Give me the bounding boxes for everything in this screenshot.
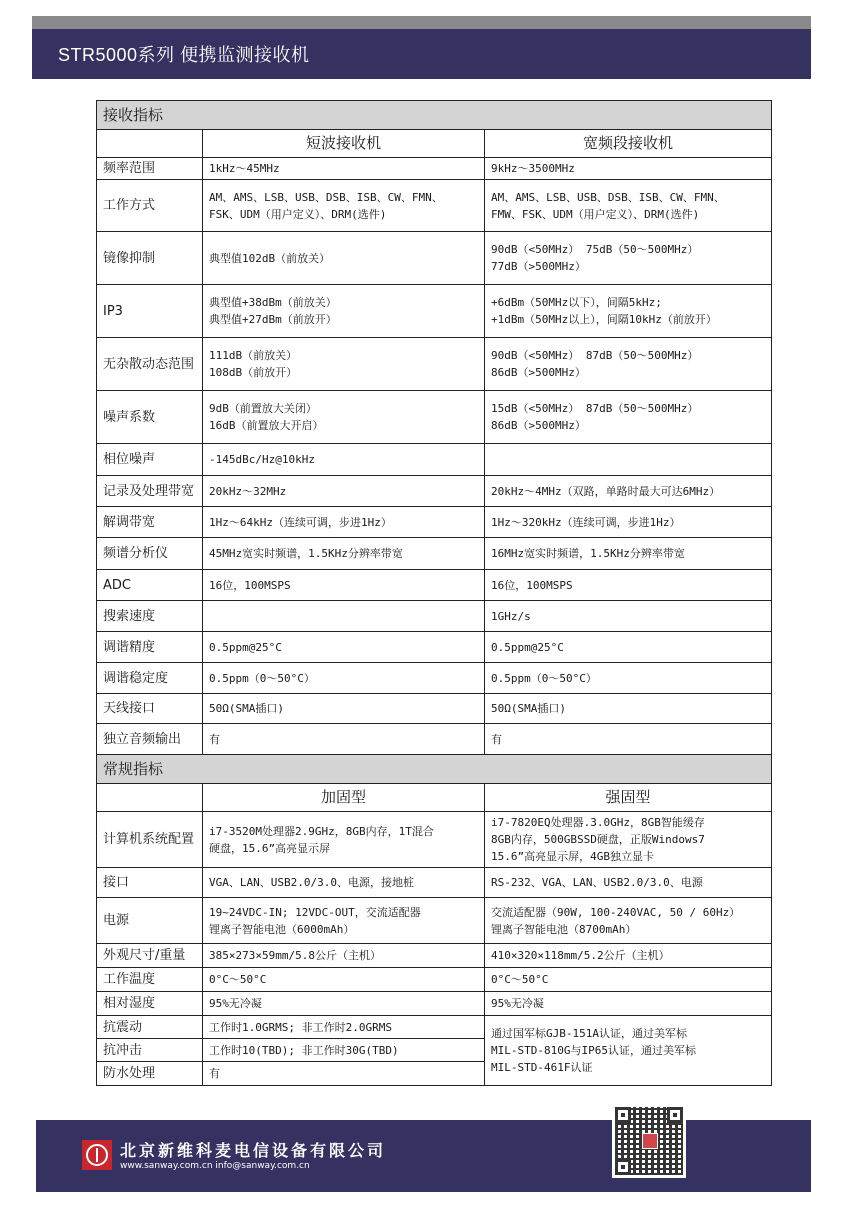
table-row: 工作方式AM、AMS、LSB、USB、DSB、ISB、CW、FMN、FSK、UD… <box>97 180 772 232</box>
spec-value-line: 1kHz～45MHz <box>209 160 478 177</box>
spec-label: 无杂散动态范围 <box>97 338 203 391</box>
spec-value-line: 工作时1.0GRMS; 非工作时2.0GRMS <box>209 1019 478 1036</box>
spec-value: 95%无冷凝 <box>485 992 772 1016</box>
column-header: 加固型 <box>203 784 485 812</box>
spec-label: 解调带宽 <box>97 507 203 538</box>
spec-value-line: i7-7820EQ处理器.3.0GHz，8GB智能缓存 <box>491 814 765 831</box>
spec-value-line: 8GB内存，500GBSSD硬盘，正版Windows7 <box>491 831 765 848</box>
column-header <box>97 130 203 158</box>
spec-value-line: 20kHz～32MHz <box>209 483 478 500</box>
table-row: 解调带宽1Hz～64kHz（连续可调，步进1Hz）1Hz～320kHz（连续可调… <box>97 507 772 538</box>
spec-value: 385×273×59mm/5.8公斤（主机） <box>203 944 485 968</box>
spec-value: 1kHz～45MHz <box>203 158 485 180</box>
spec-value: 有 <box>485 724 772 755</box>
spec-value-line: 15.6”高亮显示屏，4GB独立显卡 <box>491 848 765 865</box>
spec-value-line: 有 <box>209 731 478 748</box>
table-row: 外观尺寸/重量385×273×59mm/5.8公斤（主机）410×320×118… <box>97 944 772 968</box>
table-row: 调谐精度0.5ppm@25°C0.5ppm@25°C <box>97 632 772 663</box>
spec-value-line: 15dB（<50MHz） 87dB（50～500MHz） <box>491 400 765 417</box>
spec-value: 16位，100MSPS <box>203 570 485 601</box>
spec-value-line: 有 <box>209 1065 478 1082</box>
spec-value-line: FMW、FSK、UDM（用户定义）、DRM(选件) <box>491 206 765 223</box>
spec-value: VGA、LAN、USB2.0/3.0、电源，接地桩 <box>203 868 485 898</box>
spec-value-line: 通过国军标GJB-151A认证，通过美军标 <box>491 1025 765 1042</box>
spec-value-line: 9dB（前置放大关闭） <box>209 400 478 417</box>
spec-value-line: 1Hz～320kHz（连续可调，步进1Hz） <box>491 514 765 531</box>
spec-label: 计算机系统配置 <box>97 812 203 868</box>
spec-value: 0.5ppm@25°C <box>485 632 772 663</box>
spec-value-line: FSK、UDM（用户定义）、DRM(选件) <box>209 206 478 223</box>
spec-value-line: 锂离子智能电池（6000mAh） <box>209 921 478 938</box>
spec-label: 调谐精度 <box>97 632 203 663</box>
spec-value-line: RS-232、VGA、LAN、USB2.0/3.0、电源 <box>491 874 765 891</box>
spec-value-line: 0°C～50°C <box>491 971 765 988</box>
spec-value-line: VGA、LAN、USB2.0/3.0、电源，接地桩 <box>209 874 478 891</box>
spec-label: 噪声系数 <box>97 391 203 444</box>
spec-value-line: 典型值+38dBm（前放关） <box>209 294 478 311</box>
table-row: 无杂散动态范围111dB（前放关）108dB（前放开）90dB（<50MHz） … <box>97 338 772 391</box>
spec-value-line: 16dB（前置放大开启） <box>209 417 478 434</box>
table-row: 接口VGA、LAN、USB2.0/3.0、电源，接地桩RS-232、VGA、LA… <box>97 868 772 898</box>
spec-value-line: +6dBm（50MHz以下），间隔5kHz; <box>491 294 765 311</box>
spec-label: 频率范围 <box>97 158 203 180</box>
spec-value: 45MHz宽实时频谱，1.5KHz分辨率带宽 <box>203 538 485 570</box>
spec-label: 接口 <box>97 868 203 898</box>
spec-value-line: 108dB（前放开） <box>209 364 478 381</box>
spec-value: 0°C～50°C <box>485 968 772 992</box>
page-title: STR5000系列 便携监测接收机 <box>32 41 310 67</box>
spec-value-line: 1GHz/s <box>491 608 765 625</box>
spec-value <box>485 444 772 476</box>
spec-value: 410×320×118mm/5.2公斤（主机） <box>485 944 772 968</box>
spec-value-line: AM、AMS、LSB、USB、DSB、ISB、CW、FMN、 <box>491 189 765 206</box>
spec-value: 90dB（<50MHz） 87dB（50～500MHz）86dB（>500MHz… <box>485 338 772 391</box>
spec-value-line: 16MHz宽实时频谱，1.5KHz分辨率带宽 <box>491 545 765 562</box>
spec-label: 电源 <box>97 898 203 944</box>
spec-label: 抗震动 <box>97 1016 203 1039</box>
top-gray-bar <box>32 16 811 29</box>
table-row: 搜索速度1GHz/s <box>97 601 772 632</box>
certification-value: 通过国军标GJB-151A认证，通过美军标MIL-STD-810G与IP65认证… <box>485 1016 772 1086</box>
spec-value-line: 9kHz～3500MHz <box>491 160 765 177</box>
spec-value-line: 95%无冷凝 <box>491 995 765 1012</box>
qr-code-icon <box>612 1104 686 1178</box>
spec-label: ADC <box>97 570 203 601</box>
table-row: 调谐稳定度0.5ppm（0～50°C）0.5ppm（0～50°C） <box>97 663 772 694</box>
column-header: 强固型 <box>485 784 772 812</box>
spec-value-line: 45MHz宽实时频谱，1.5KHz分辨率带宽 <box>209 545 478 562</box>
table-row: 频谱分析仪45MHz宽实时频谱，1.5KHz分辨率带宽16MHz宽实时频谱，1.… <box>97 538 772 570</box>
spec-value: 20kHz～32MHz <box>203 476 485 507</box>
table-row: 电源19~24VDC-IN; 12VDC-OUT，交流适配器锂离子智能电池（60… <box>97 898 772 944</box>
spec-value: 9kHz～3500MHz <box>485 158 772 180</box>
column-header: 短波接收机 <box>203 130 485 158</box>
spec-value: i7-3520M处理器2.9GHz，8GB内存，1T混合硬盘，15.6”高亮显示… <box>203 812 485 868</box>
spec-value: 111dB（前放关）108dB（前放开） <box>203 338 485 391</box>
spec-value-line: 86dB（>500MHz） <box>491 417 765 434</box>
table-row: 抗震动工作时1.0GRMS; 非工作时2.0GRMS通过国军标GJB-151A认… <box>97 1016 772 1039</box>
spec-value-line: 0.5ppm@25°C <box>491 639 765 656</box>
spec-label: 工作温度 <box>97 968 203 992</box>
spec-value: 典型值102dB（前放关） <box>203 232 485 285</box>
header-band: STR5000系列 便携监测接收机 <box>32 29 811 79</box>
spec-value-line: 19~24VDC-IN; 12VDC-OUT，交流适配器 <box>209 904 478 921</box>
spec-label: 独立音频输出 <box>97 724 203 755</box>
spec-value: 交流适配器（90W, 100-240VAC, 50 / 60Hz）锂离子智能电池… <box>485 898 772 944</box>
spec-value-line: 0.5ppm（0～50°C） <box>209 670 478 687</box>
section-title: 常规指标 <box>97 755 772 784</box>
table-row: 镜像抑制典型值102dB（前放关）90dB（<50MHz） 75dB（50～50… <box>97 232 772 285</box>
spec-value: 工作时1.0GRMS; 非工作时2.0GRMS <box>203 1016 485 1039</box>
spec-label: 抗冲击 <box>97 1039 203 1062</box>
spec-value: 有 <box>203 1062 485 1086</box>
table-row: IP3典型值+38dBm（前放关）典型值+27dBm（前放开）+6dBm（50M… <box>97 285 772 338</box>
table-row: 频率范围1kHz～45MHz9kHz～3500MHz <box>97 158 772 180</box>
spec-value-line: 硬盘，15.6”高亮显示屏 <box>209 840 478 857</box>
spec-value: 50Ω(SMA插口) <box>485 694 772 724</box>
company-contact: www.sanway.com.cn info@sanway.com.cn <box>120 1161 310 1171</box>
spec-value-line: 86dB（>500MHz） <box>491 364 765 381</box>
spec-value: -145dBc/Hz@10kHz <box>203 444 485 476</box>
spec-value-line: -145dBc/Hz@10kHz <box>209 451 478 468</box>
spec-value: 1GHz/s <box>485 601 772 632</box>
spec-value-line: 77dB（>500MHz） <box>491 258 765 275</box>
spec-value: 50Ω(SMA插口) <box>203 694 485 724</box>
spec-value: 0.5ppm（0～50°C） <box>485 663 772 694</box>
table-row: 相对湿度95%无冷凝95%无冷凝 <box>97 992 772 1016</box>
spec-value-line: AM、AMS、LSB、USB、DSB、ISB、CW、FMN、 <box>209 189 478 206</box>
column-header-row: 短波接收机宽频段接收机 <box>97 130 772 158</box>
spec-value: RS-232、VGA、LAN、USB2.0/3.0、电源 <box>485 868 772 898</box>
section-header-row: 常规指标 <box>97 755 772 784</box>
spec-value-line: 111dB（前放关） <box>209 347 478 364</box>
spec-value: 0.5ppm@25°C <box>203 632 485 663</box>
spec-label: 外观尺寸/重量 <box>97 944 203 968</box>
spec-value <box>203 601 485 632</box>
spec-value-line: 410×320×118mm/5.2公斤（主机） <box>491 947 765 964</box>
spec-value-line: +1dBm（50MHz以上），间隔10kHz（前放开） <box>491 311 765 328</box>
spec-value-line: 16位，100MSPS <box>491 577 765 594</box>
spec-label: 记录及处理带宽 <box>97 476 203 507</box>
spec-table: 接收指标短波接收机宽频段接收机频率范围1kHz～45MHz9kHz～3500MH… <box>96 100 772 1086</box>
spec-value-line: MIL-STD-810G与IP65认证，通过美军标 <box>491 1042 765 1059</box>
spec-value-line: 90dB（<50MHz） 75dB（50～500MHz） <box>491 241 765 258</box>
table-row: 计算机系统配置i7-3520M处理器2.9GHz，8GB内存，1T混合硬盘，15… <box>97 812 772 868</box>
spec-value: 19~24VDC-IN; 12VDC-OUT，交流适配器锂离子智能电池（6000… <box>203 898 485 944</box>
spec-label: 频谱分析仪 <box>97 538 203 570</box>
spec-label: 天线接口 <box>97 694 203 724</box>
company-name: 北京新维科麦电信设备有限公司 <box>120 1138 386 1161</box>
company-logo-icon <box>82 1140 112 1170</box>
table-row: 记录及处理带宽20kHz～32MHz20kHz～4MHz（双路，单路时最大可达6… <box>97 476 772 507</box>
spec-value-line: 95%无冷凝 <box>209 995 478 1012</box>
spec-value-line: 有 <box>491 731 765 748</box>
spec-value: i7-7820EQ处理器.3.0GHz，8GB智能缓存8GB内存，500GBSS… <box>485 812 772 868</box>
spec-value: 0.5ppm（0～50°C） <box>203 663 485 694</box>
spec-label: 相对湿度 <box>97 992 203 1016</box>
spec-label: 相位噪声 <box>97 444 203 476</box>
spec-value-line: 交流适配器（90W, 100-240VAC, 50 / 60Hz） <box>491 904 765 921</box>
spec-value: 16MHz宽实时频谱，1.5KHz分辨率带宽 <box>485 538 772 570</box>
spec-value-line: MIL-STD-461F认证 <box>491 1059 765 1076</box>
spec-value-line: 锂离子智能电池（8700mAh） <box>491 921 765 938</box>
spec-value-line: 50Ω(SMA插口) <box>209 700 478 717</box>
spec-value: 9dB（前置放大关闭）16dB（前置放大开启） <box>203 391 485 444</box>
spec-value-line: 90dB（<50MHz） 87dB（50～500MHz） <box>491 347 765 364</box>
table-row: 天线接口50Ω(SMA插口)50Ω(SMA插口) <box>97 694 772 724</box>
spec-value: AM、AMS、LSB、USB、DSB、ISB、CW、FMN、FMW、FSK、UD… <box>485 180 772 232</box>
spec-label: IP3 <box>97 285 203 338</box>
spec-value: 1Hz～320kHz（连续可调，步进1Hz） <box>485 507 772 538</box>
spec-label: 调谐稳定度 <box>97 663 203 694</box>
spec-value: 0°C～50°C <box>203 968 485 992</box>
spec-value-line: 20kHz～4MHz（双路，单路时最大可达6MHz） <box>491 483 765 500</box>
spec-value: 工作时10(TBD); 非工作时30G(TBD) <box>203 1039 485 1062</box>
spec-value-line: 典型值+27dBm（前放开） <box>209 311 478 328</box>
column-header: 宽频段接收机 <box>485 130 772 158</box>
table-row: 相位噪声-145dBc/Hz@10kHz <box>97 444 772 476</box>
table-row: 工作温度0°C～50°C0°C～50°C <box>97 968 772 992</box>
spec-label: 镜像抑制 <box>97 232 203 285</box>
section-header-row: 接收指标 <box>97 101 772 130</box>
spec-value-line: 385×273×59mm/5.8公斤（主机） <box>209 947 478 964</box>
spec-value-line: 16位，100MSPS <box>209 577 478 594</box>
spec-value-line: 0.5ppm@25°C <box>209 639 478 656</box>
spec-value: 15dB（<50MHz） 87dB（50～500MHz）86dB（>500MHz… <box>485 391 772 444</box>
column-header-row: 加固型强固型 <box>97 784 772 812</box>
spec-value: AM、AMS、LSB、USB、DSB、ISB、CW、FMN、FSK、UDM（用户… <box>203 180 485 232</box>
spec-value-line: i7-3520M处理器2.9GHz，8GB内存，1T混合 <box>209 823 478 840</box>
spec-label: 工作方式 <box>97 180 203 232</box>
table-row: 噪声系数9dB（前置放大关闭）16dB（前置放大开启）15dB（<50MHz） … <box>97 391 772 444</box>
footer-band: 北京新维科麦电信设备有限公司 www.sanway.com.cn info@sa… <box>36 1120 811 1192</box>
spec-value: 95%无冷凝 <box>203 992 485 1016</box>
spec-value-line: 1Hz～64kHz（连续可调，步进1Hz） <box>209 514 478 531</box>
table-row: 独立音频输出有有 <box>97 724 772 755</box>
spec-value: 16位，100MSPS <box>485 570 772 601</box>
spec-value: 90dB（<50MHz） 75dB（50～500MHz）77dB（>500MHz… <box>485 232 772 285</box>
spec-value-line: 50Ω(SMA插口) <box>491 700 765 717</box>
spec-value: 有 <box>203 724 485 755</box>
spec-label: 搜索速度 <box>97 601 203 632</box>
spec-value: 1Hz～64kHz（连续可调，步进1Hz） <box>203 507 485 538</box>
spec-value-line: 0°C～50°C <box>209 971 478 988</box>
spec-value-line: 典型值102dB（前放关） <box>209 250 478 267</box>
column-header <box>97 784 203 812</box>
section-title: 接收指标 <box>97 101 772 130</box>
spec-value: +6dBm（50MHz以下），间隔5kHz;+1dBm（50MHz以上），间隔1… <box>485 285 772 338</box>
spec-value: 20kHz～4MHz（双路，单路时最大可达6MHz） <box>485 476 772 507</box>
spec-value-line: 工作时10(TBD); 非工作时30G(TBD) <box>209 1042 478 1059</box>
table-row: ADC16位，100MSPS16位，100MSPS <box>97 570 772 601</box>
spec-value: 典型值+38dBm（前放关）典型值+27dBm（前放开） <box>203 285 485 338</box>
spec-value-line: 0.5ppm（0～50°C） <box>491 670 765 687</box>
spec-label: 防水处理 <box>97 1062 203 1086</box>
